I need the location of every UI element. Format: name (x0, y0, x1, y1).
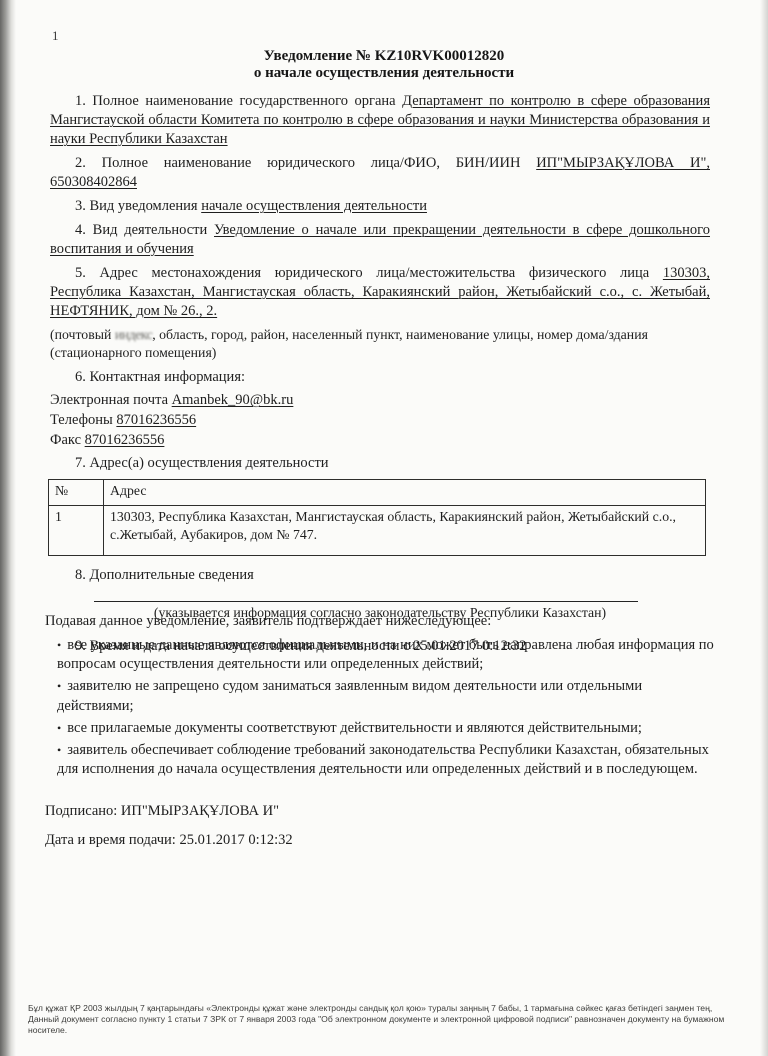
digital-signature-barcodes (61, 866, 709, 988)
address-table: № Адрес 1 130303, Республика Казахстан, … (48, 479, 706, 556)
signed-by-line: Подписано: ИП"МЫРЗАҚҰЛОВА И" (45, 803, 279, 820)
list-item: •заявителю не запрещено судом заниматься… (57, 677, 717, 716)
item-3-value: начале осуществления деятельности (201, 198, 427, 214)
document-body: 1. Полное наименование государственного … (50, 92, 710, 661)
phones-value: 87016236556 (116, 412, 196, 428)
scanned-document-page: 1 Уведомление № KZ10RVK00012820 о начале… (0, 0, 768, 1056)
phones-label: Телефоны (50, 412, 116, 428)
item-5-label: 5. Адрес местонахождения юридического ли… (75, 265, 663, 281)
declaration-list: •все указанные данные являются официальн… (45, 636, 717, 780)
declaration-intro: Подавая данное уведомление, заявитель по… (45, 612, 717, 632)
declaration-item-text: заявитель обеспечивает соблюдение требов… (57, 742, 709, 778)
document-title-line1: Уведомление № KZ10RVK00012820 (54, 48, 714, 65)
note-smudged-word: индекс (115, 327, 152, 342)
note-pre: (почтовый (50, 327, 115, 342)
scan-edge-artifact (760, 0, 768, 1056)
list-item: •все прилагаемые документы соответствуют… (57, 719, 717, 739)
blank-fill-line (94, 601, 638, 602)
declaration-item-text: все указанные данные являются официальны… (57, 637, 714, 673)
document-title-line2: о начале осуществления деятельности (54, 65, 714, 82)
address-row-num: 1 (49, 506, 104, 556)
declaration-item-text: заявителю не запрещено судом заниматься … (57, 678, 642, 714)
list-item: •все указанные данные являются официальн… (57, 636, 717, 675)
contact-fax: Факс 87016236556 (50, 431, 710, 450)
contact-phones: Телефоны 87016236556 (50, 411, 710, 430)
item-3-notification-type: 3. Вид уведомления начале осуществления … (50, 197, 710, 216)
fax-value: 87016236556 (85, 432, 165, 448)
address-table-header-address: Адрес (104, 480, 706, 506)
bullet-icon: • (57, 721, 61, 735)
contact-email: Электронная почта Amanbek_90@bk.ru (50, 391, 710, 410)
item-8-additional-info: 8. Дополнительные сведения (50, 566, 710, 585)
address-row-value: 130303, Республика Казахстан, Мангистаус… (104, 506, 706, 556)
legal-footer-russian: Данный документ согласно пункту 1 статьи… (28, 1014, 743, 1036)
item-1-label: 1. Полное наименование государственного … (75, 93, 402, 109)
legal-footer-kazakh: Бұл құжат ҚР 2003 жылдың 7 қаңтарындағы … (28, 1003, 743, 1014)
item-1-state-body: 1. Полное наименование государственного … (50, 92, 710, 149)
item-2-legal-entity: 2. Полное наименование юридического лица… (50, 154, 710, 192)
list-item: •заявитель обеспечивает соблюдение требо… (57, 741, 717, 780)
bullet-icon: • (57, 679, 61, 693)
item-5-address: 5. Адрес местонахождения юридического ли… (50, 264, 710, 321)
email-value: Amanbek_90@bk.ru (172, 392, 294, 408)
document-title: Уведомление № KZ10RVK00012820 о начале о… (54, 48, 714, 82)
table-row: 1 130303, Республика Казахстан, Мангиста… (49, 506, 706, 556)
item-4-activity-type: 4. Вид деятельности Уведомление о начале… (50, 221, 710, 259)
submission-datetime-line: Дата и время подачи: 25.01.2017 0:12:32 (45, 832, 293, 849)
item-7-activity-address: 7. Адрес(а) осуществления деятельности (50, 454, 710, 473)
email-label: Электронная почта (50, 392, 172, 408)
legal-footer: Бұл құжат ҚР 2003 жылдың 7 қаңтарындағы … (28, 1003, 743, 1036)
item-6-contact-info: 6. Контактная информация: (50, 368, 710, 387)
item-3-label: 3. Вид уведомления (75, 198, 201, 214)
address-table-header-num: № (49, 480, 104, 506)
bullet-icon: • (57, 638, 61, 652)
declaration-item-text: все прилагаемые документы соответствуют … (67, 720, 642, 736)
fax-label: Факс (50, 432, 85, 448)
page-number: 1 (52, 28, 59, 44)
bullet-icon: • (57, 743, 61, 757)
declaration-block: Подавая данное уведомление, заявитель по… (45, 612, 717, 782)
scan-edge-artifact (0, 0, 16, 1056)
item-2-label: 2. Полное наименование юридического лица… (75, 155, 536, 171)
address-table-header-row: № Адрес (49, 480, 706, 506)
item-4-label: 4. Вид деятельности (75, 222, 214, 238)
item-5-address-note: (почтовый индекс, область, город, район,… (50, 326, 710, 361)
